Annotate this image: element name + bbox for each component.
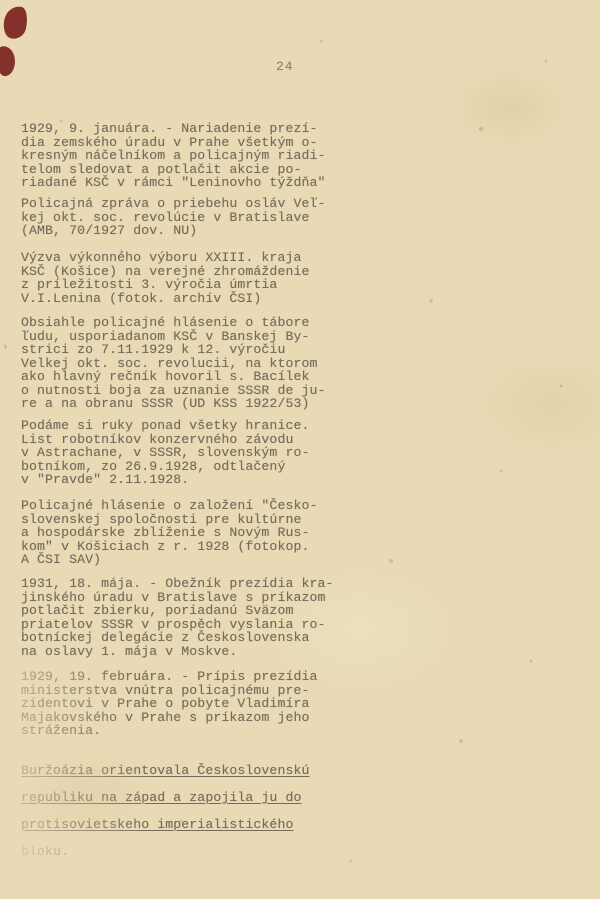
document-page: 24 1929, 9. januára. - Nariadenie prezí-… — [0, 0, 600, 899]
typed-paragraph: Policajné hlásenie o založení "Česko- sl… — [21, 499, 381, 567]
red-ink-mark — [1, 4, 30, 41]
underlined-closing-sentence: Buržoázia orientovala Československú rep… — [21, 750, 381, 872]
typed-paragraph: Podáme si ruky ponad všetky hranice. Lis… — [21, 419, 381, 487]
typed-paragraph: 1931, 18. mája. - Obežník prezídia kra- … — [21, 577, 381, 658]
typed-paragraph: Obsiahle policajné hlásenie o tábore ľud… — [21, 316, 381, 411]
typed-paragraph: Výzva výkonného výboru XXIII. kraja KSČ … — [21, 251, 381, 305]
typed-paragraph: Policajná zpráva o priebehu osláv Veľ- k… — [21, 197, 381, 238]
typed-paragraph: 1929, 9. januára. - Nariadenie prezí- di… — [21, 122, 381, 190]
stray-pencil-mark: › — [2, 342, 9, 354]
underlined-heading-line: republiku na západ a zapojila ju do — [21, 791, 381, 805]
typed-paragraph: 1929, 19. februára. - Prípis prezídia mi… — [21, 670, 381, 738]
red-ink-mark — [0, 45, 17, 77]
underlined-heading-line: Buržoázia orientovala Československú — [21, 764, 381, 778]
heading-last-line: bloku. — [21, 845, 381, 859]
underlined-heading-line: protisovietskeho imperialistického — [21, 818, 381, 832]
page-number: 24 — [276, 59, 294, 74]
